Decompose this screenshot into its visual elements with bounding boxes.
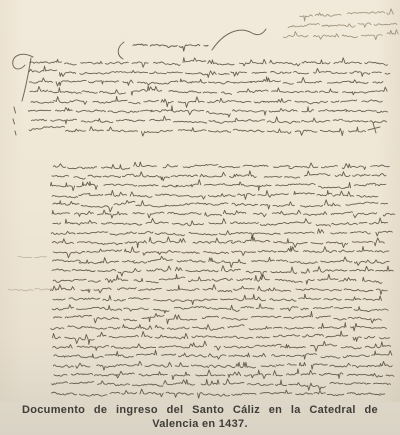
- caption-word: Cáliz: [233, 404, 260, 417]
- book-page: DocumentodeingresodelSantoCálizenlaCated…: [0, 0, 400, 435]
- heading-scribble: [133, 44, 208, 51]
- caption-line-1: DocumentodeingresodelSantoCálizenlaCated…: [22, 404, 378, 417]
- caption-word: Catedral: [309, 404, 355, 417]
- initial-letter-flourish: [13, 54, 33, 135]
- caption-word: ingreso: [116, 404, 158, 417]
- annotation-top-right: [283, 9, 399, 43]
- manuscript-artwork: [0, 0, 400, 402]
- caption-word: de: [365, 404, 378, 417]
- paragraph-block-1: [28, 58, 390, 136]
- caption-word: en: [269, 404, 282, 417]
- photo-caption: DocumentodeingresodelSantoCálizenlaCated…: [22, 404, 378, 431]
- heading-swoosh-flourish: [212, 29, 266, 50]
- paragraph-block-2: [50, 162, 394, 398]
- caption-word: del: [167, 404, 184, 417]
- caption-word: la: [291, 404, 301, 417]
- margin-annotations: [8, 256, 52, 291]
- caption-word: Santo: [192, 404, 224, 417]
- heading-left-curl: [118, 42, 124, 59]
- caption-word: de: [94, 404, 107, 417]
- end-of-paragraph-cross: [368, 123, 380, 133]
- manuscript-photo: [0, 0, 400, 402]
- caption-line-2: Valencia en 1437.: [22, 418, 378, 431]
- caption-word: Documento: [22, 404, 85, 417]
